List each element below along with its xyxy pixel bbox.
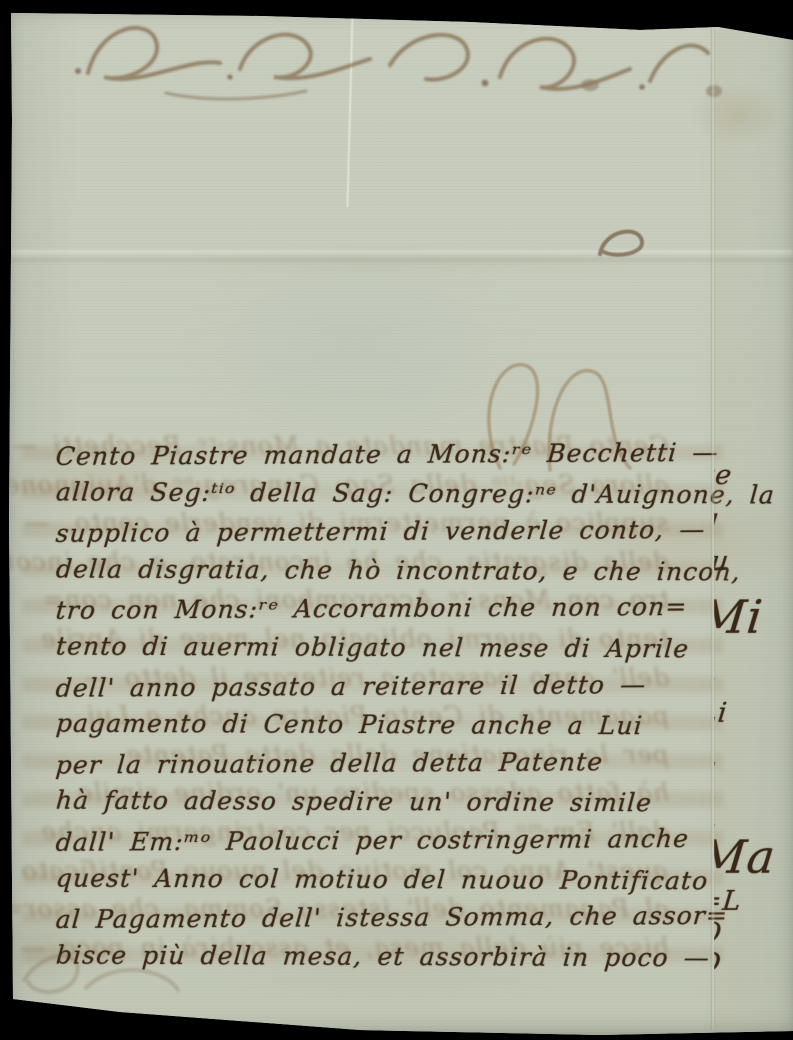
letter-line-text: supplico à permettermi di venderle conto…: [55, 515, 707, 548]
cut-off-text-fragment: =L: [714, 886, 743, 917]
cut-off-text-fragment: tu: [714, 546, 731, 577]
letter-line-text: hà fatto adesso spedire un' ordine simil…: [55, 786, 653, 818]
letter-page: Cento Piastre mandate a Mons:ʳᵉ Becchett…: [0, 0, 793, 1040]
letter-line-text: allora Seg:ᵗⁱᵒ della Sag: Congreg:ⁿᵉ d'A…: [55, 477, 776, 509]
ink-hook-mark: [596, 222, 648, 270]
page-fold-line: [711, 28, 715, 1030]
letter-text: Cento Piastre mandate a Mons:ʳᵉ Becchett…: [56, 440, 711, 980]
letter-line-text: quest' Anno col motiuo del nuouo Pontifi…: [55, 863, 709, 895]
letter-line-text: per la rinouatione della detta Patente: [55, 747, 605, 779]
letter-line-text: bisce più della mesa, et assorbirà in po…: [55, 940, 711, 972]
cut-off-text-fragment: O: [714, 918, 724, 949]
faded-inscription: [70, 6, 730, 118]
letter-line-text: tro con Mons:ʳᵉ Accoramboni che non con=: [55, 592, 689, 625]
letter-line-text: dell' anno passato a reiterare il detto …: [55, 670, 648, 703]
cut-off-text-fragment: D: [714, 948, 723, 979]
letter-line-text: della disgratia, che hò incontrato, e ch…: [55, 554, 742, 586]
cut-off-text-fragment: Ma: [714, 830, 778, 884]
letter-line-text: pagamento di Cento Piastre anche a Lui: [55, 709, 644, 741]
letter-line-text: tento di auermi obligato nel mese di Apr…: [55, 632, 690, 664]
cut-off-text-fragment: ve: [714, 460, 734, 491]
letter-line-text: al Pagamento dell' istessa Somma, che as…: [55, 901, 730, 934]
scan-frame: Cento Piastre mandate a Mons:ʳᵉ Becchett…: [0, 0, 793, 1040]
fold-crease-horizontal: [10, 250, 793, 264]
letter-line: bisce più della mesa, et assorbirà in po…: [56, 942, 711, 981]
letter-line-text: Cento Piastre mandate a Mons:ʳᵉ Becchett…: [55, 438, 720, 471]
cut-off-text-fragment: Mi: [714, 590, 766, 644]
letter-line-text: dall' Em:ᵐᵒ Paolucci per costringermi an…: [55, 824, 691, 857]
cut-off-text-fragment: Li: [714, 698, 729, 729]
adjacent-page-edge: ve il tu i Mi e Li L c v Ma =L O D: [714, 30, 793, 1028]
